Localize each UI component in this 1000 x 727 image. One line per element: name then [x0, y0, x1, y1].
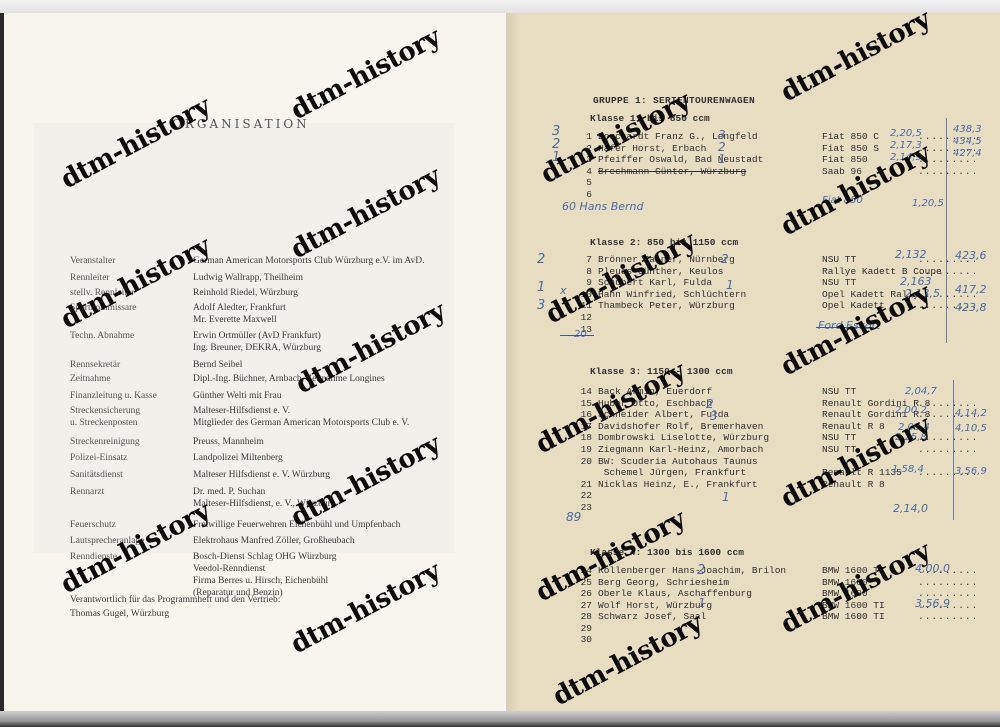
role-label-line: u. Streckenposten — [70, 417, 200, 429]
handwritten-divider — [946, 118, 947, 343]
start-number: 27 — [570, 600, 592, 612]
car-model: NSU TT — [822, 254, 856, 266]
start-number: 21 — [570, 479, 592, 491]
time-field: ......... — [918, 444, 978, 456]
start-number: 20 — [570, 456, 592, 468]
driver-name: Ziegmann Karl-Heinz, Amorbach — [598, 444, 763, 455]
handwritten-note: 60 Hans Bernd — [562, 200, 644, 213]
driver-name: Oberle Klaus, Aschaffenburg — [598, 588, 752, 599]
handwritten-note: 2,04,7 — [905, 386, 937, 397]
role-label: Polizei-Einsatz — [70, 452, 200, 464]
role-value-line: Dipl.-Ing. Büchner, Arnbach, Zeitnahme L… — [193, 373, 523, 385]
handwritten-note: 2,14,0 — [893, 502, 928, 515]
entry-row: 4Brechmann Günter, Würzburg — [570, 166, 746, 178]
role-value: Ludwig Wallrapp, Theilheim — [193, 272, 523, 284]
driver-name: Davidshofer Rolf, Bremerhaven — [598, 421, 763, 432]
role-value-line: Ludwig Wallrapp, Theilheim — [193, 272, 523, 284]
driver-name: Wolf Horst, Würzburg — [598, 600, 712, 611]
role-value-line: Elektrohaus Manfred Zöller, Großheubach — [193, 535, 523, 547]
handwritten-note: 427,4 — [953, 148, 982, 159]
driver-name: Schemel Jürgen, Frankfurt — [598, 467, 746, 478]
entry-row: 19Ziegmann Karl-Heinz, Amorbach — [570, 444, 763, 456]
role-label-line: Streckenreinigung — [70, 436, 200, 448]
car-model: Fiat 850 C — [822, 131, 879, 143]
footer-heading: Verantwortlich für das Programmheft und … — [70, 593, 280, 607]
car-model: NSU TT — [822, 386, 856, 398]
role-value-line: Landpolizei Miltenberg — [193, 452, 523, 464]
start-number: 7 — [570, 254, 592, 266]
role-value: Malteser-Hilfsdienst e. V.Mitglieder des… — [193, 405, 523, 429]
role-value: Reinhold Riedel, Würzburg — [193, 287, 523, 299]
role-value: Elektrohaus Manfred Zöller, Großheubach — [193, 535, 523, 547]
handwritten-note: 4,14,2 — [955, 408, 987, 419]
role-label-line: Techn. Abnahme — [70, 330, 200, 342]
handwritten-note: 423,8 — [955, 301, 987, 314]
handwritten-note: 1,58,4 — [892, 464, 924, 475]
role-label: Finanzleitung u. Kasse — [70, 390, 200, 402]
driver-name: Nicklas Heinz, E., Frankfurt — [598, 479, 758, 490]
entry-row: 30 — [570, 634, 598, 646]
role-value-line: Veedol-Renndienst — [193, 563, 523, 575]
start-number: 14 — [570, 386, 592, 398]
footer-name: Thomas Gugel, Würzburg — [70, 607, 280, 621]
handwritten-note: 2 — [537, 252, 545, 267]
entry-row: 20BW: Scuderia Autohaus Taunus — [570, 456, 758, 468]
car-model: NSU TT — [822, 432, 856, 444]
handwritten-note: 1 — [537, 280, 545, 295]
role-value: Freiwillige Feuerwehren Eichenbühl und U… — [193, 519, 523, 531]
role-value-line: German American Motorsports Club Würzbur… — [193, 255, 523, 267]
role-value: Dipl.-Ing. Büchner, Arnbach, Zeitnahme L… — [193, 373, 523, 385]
role-value: German American Motorsports Club Würzbur… — [193, 255, 523, 267]
role-label: Rennarzt — [70, 486, 200, 498]
handwritten-note: 2 — [697, 563, 705, 578]
start-number: 5 — [570, 177, 592, 189]
entry-row: 22 — [570, 490, 598, 502]
start-number: 29 — [570, 623, 592, 635]
role-value-line: Reinhold Riedel, Würzburg — [193, 287, 523, 299]
role-label: Techn. Abnahme — [70, 330, 200, 342]
handwritten-note: 4,10,5 — [955, 423, 987, 434]
role-label-line: Streckensicherung — [70, 405, 200, 417]
handwritten-note: 417,2 — [955, 283, 987, 296]
role-value-line: Bosch-Dienst Schlag OHG Würzburg — [193, 551, 523, 563]
strike-line — [560, 335, 594, 336]
handwritten-note: 434,5 — [953, 136, 982, 147]
start-number: 22 — [570, 490, 592, 502]
driver-name: BW: Scuderia Autohaus Taunus — [598, 456, 758, 467]
entry-row: 5 — [570, 177, 598, 189]
role-value-line: Firma Berres u. Hirsch, Eichenbühl — [193, 575, 523, 587]
role-label: Streckensicherungu. Streckenposten — [70, 405, 200, 429]
role-label-line: Finanzleitung u. Kasse — [70, 390, 200, 402]
scan-top-edge — [0, 0, 1000, 13]
role-value-line: Malteser-Hilfsdienst e. V. — [193, 405, 523, 417]
handwritten-note: 438,3 — [953, 124, 982, 135]
start-number: 19 — [570, 444, 592, 456]
car-model: Fiat 850 S — [822, 143, 879, 155]
role-label-line: Rennarzt — [70, 486, 200, 498]
role-label-line: Polizei-Einsatz — [70, 452, 200, 464]
entry-row: 29 — [570, 623, 598, 635]
driver-name: Brechmann Günter, Würzburg — [598, 166, 746, 177]
role-value-line: Freiwillige Feuerwehren Eichenbühl und U… — [193, 519, 523, 531]
role-label: Sanitätsdienst — [70, 469, 200, 481]
handwritten-note: 3,56,9 — [915, 597, 950, 610]
role-value: Preuss, Mannheim — [193, 436, 523, 448]
handwritten-note: 1,20,5 — [912, 198, 944, 209]
car-model: Fiat 850 — [822, 154, 868, 166]
role-value: Landpolizei Miltenberg — [193, 452, 523, 464]
role-value: Günther Welti mit Frau — [193, 390, 523, 402]
handwritten-note: 1 — [722, 490, 730, 504]
role-label-line: Zeitnahme — [70, 373, 200, 385]
start-number: 30 — [570, 634, 592, 646]
driver-name: Berg Georg, Schriesheim — [598, 577, 729, 588]
driver-name: Kollenberger Hans-Joachim, Brilon — [598, 565, 786, 576]
handwritten-note: 423,6 — [955, 249, 987, 262]
role-label-line: Sanitätsdienst — [70, 469, 200, 481]
handwritten-note: 1 — [698, 596, 706, 610]
role-label: Streckenreinigung — [70, 436, 200, 448]
role-value: Adolf Aledter, FrankfurtMr. Everette Max… — [193, 302, 523, 326]
handwritten-note: 89 — [566, 510, 581, 524]
start-number: 8 — [570, 266, 592, 278]
handwritten-note: 3 — [710, 409, 718, 423]
entry-row: 21Nicklas Heinz, E., Frankfurt — [570, 479, 758, 491]
role-value-line: Mr. Everette Maxwell — [193, 314, 523, 326]
role-label: Rennsekretär — [70, 359, 200, 371]
entry-row: 26Oberle Klaus, Aschaffenburg — [570, 588, 752, 600]
role-value-line: Mitglieder des German American Motorspor… — [193, 417, 523, 429]
time-field: ......... — [918, 611, 978, 623]
car-model: Renault R 8 — [822, 421, 885, 433]
role-value: Bosch-Dienst Schlag OHG WürzburgVeedol-R… — [193, 551, 523, 599]
handwritten-note: 2 — [721, 252, 729, 266]
car-model: NSU TT — [822, 277, 856, 289]
role-value-line: Adolf Aledter, Frankfurt — [193, 302, 523, 314]
handwritten-note: 2,20,5 — [890, 128, 922, 139]
entry-row: Schemel Jürgen, Frankfurt — [570, 467, 746, 479]
start-number: 28 — [570, 611, 592, 623]
handwritten-note: 3,56,9 — [955, 466, 987, 477]
handwritten-note: 2,132 — [895, 248, 927, 261]
role-value-line: Preuss, Mannheim — [193, 436, 523, 448]
driver-name: Dombrowski Liselotte, Würzburg — [598, 432, 769, 443]
driver-name: Thambeck Peter, Würzburg — [598, 300, 735, 311]
role-label-line: Rennsekretär — [70, 359, 200, 371]
program-responsible-note: Verantwortlich für das Programmheft und … — [70, 593, 280, 621]
role-label: Zeitnahme — [70, 373, 200, 385]
page-fold-shadow — [506, 13, 520, 711]
scan-bottom-edge — [0, 711, 1000, 727]
driver-name: Pfeiffer Oswald, Bad Neustadt — [598, 154, 763, 165]
role-value-line: Günther Welti mit Frau — [193, 390, 523, 402]
handwritten-divider — [953, 380, 954, 520]
entry-row: 18Dombrowski Liselotte, Würzburg — [570, 432, 769, 444]
handwritten-note: 1 — [726, 278, 734, 292]
handwritten-note: 1 — [718, 152, 726, 166]
time-field: ......... — [918, 577, 978, 589]
